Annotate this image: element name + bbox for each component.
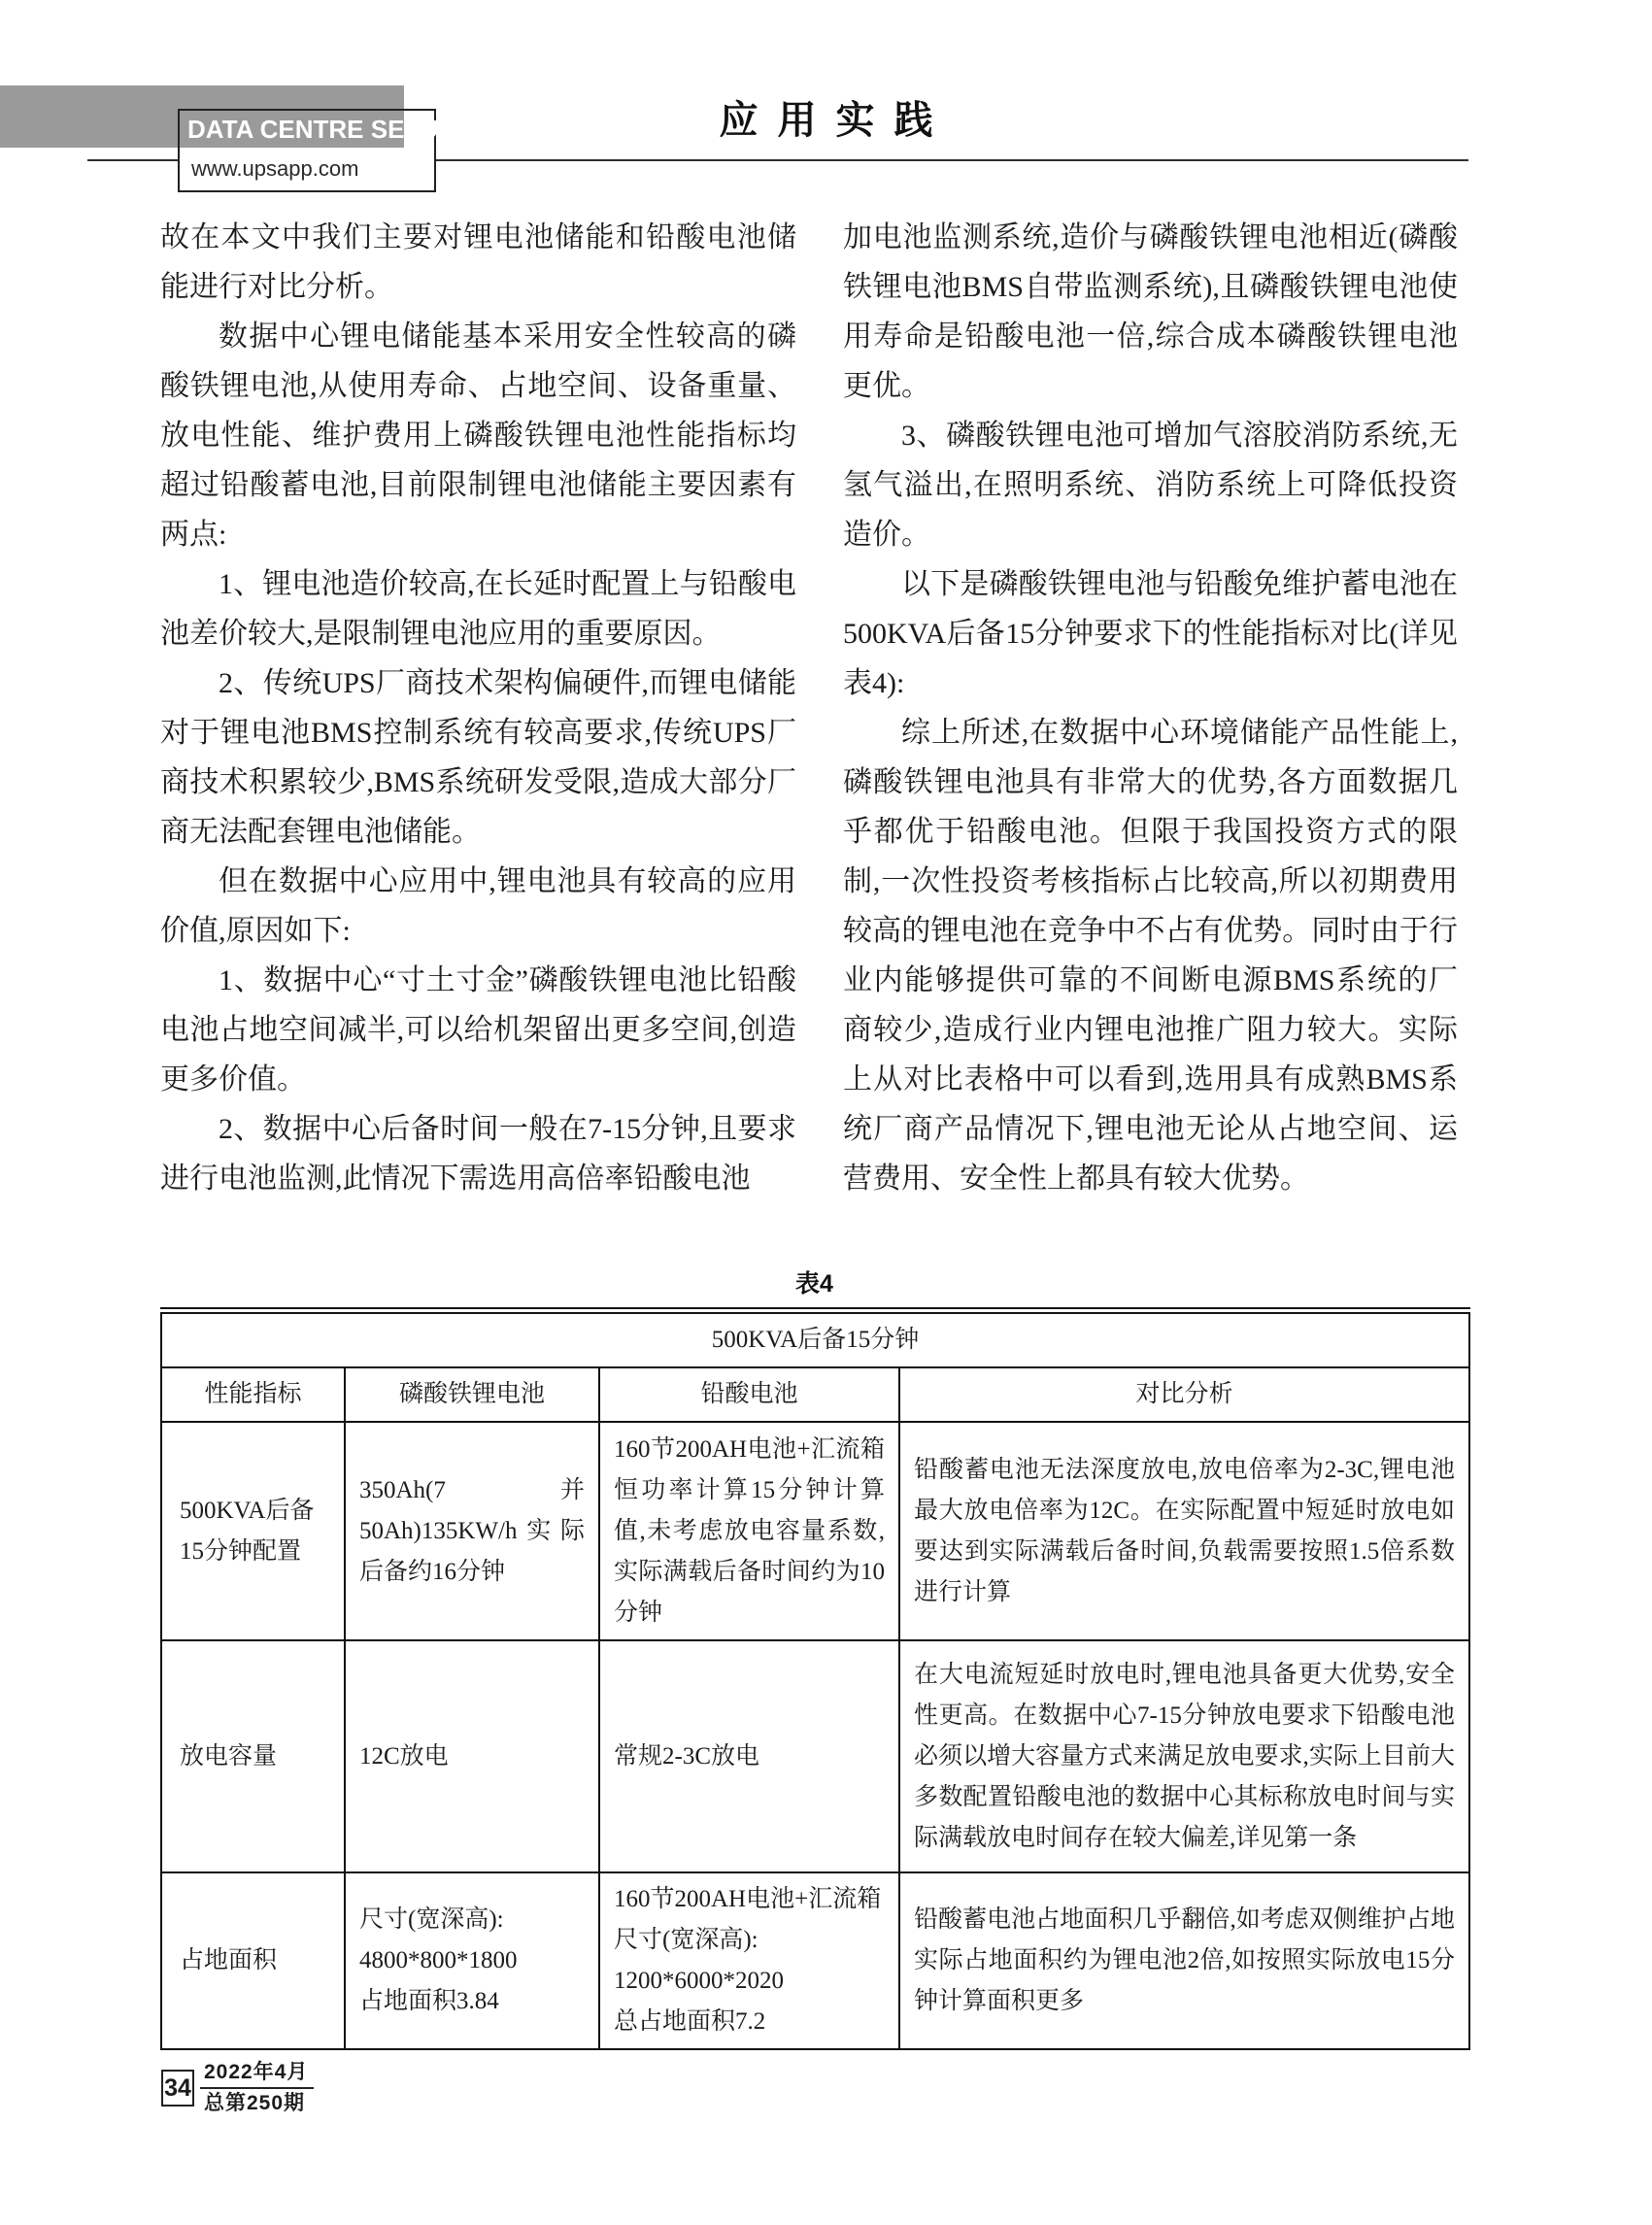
page-number-box: 34 — [161, 2070, 194, 2107]
column-header: 磷酸铁锂电池 — [345, 1367, 599, 1422]
issue-date: 2022年4月 — [200, 2061, 314, 2089]
paragraph: 3、磷酸铁锂电池可增加气溶胶消防系统,无氢气溢出,在照明系统、消防系统上可降低投… — [843, 411, 1458, 559]
table-cell-lithium: 350Ah(7并50Ah)135KW/h实际后备约16分钟 — [345, 1422, 599, 1640]
brand-logo-text: DATA CENTRE SETUP+ — [187, 115, 470, 145]
table-span-header-row: 500KVA后备15分钟 — [161, 1311, 1469, 1368]
table-row: 占地面积 尺寸(宽深高): 4800*800*1800 占地面积3.84 160… — [161, 1872, 1469, 2049]
paragraph: 数据中心锂电储能基本采用安全性较高的磷酸铁锂电池,从使用寿命、占地空间、设备重量… — [160, 312, 796, 559]
paragraph: 故在本文中我们主要对锂电池储能和铅酸电池储能进行对比分析。 — [160, 213, 796, 312]
magazine-page: DATA CENTRE SETUP+ www.upsapp.com 应用实践 故… — [0, 0, 1652, 2225]
table-cell-lithium: 尺寸(宽深高): 4800*800*1800 占地面积3.84 — [345, 1872, 599, 2049]
table-row: 500KVA后备15分钟配置 350Ah(7并50Ah)135KW/h实际后备约… — [161, 1422, 1469, 1640]
paragraph: 1、数据中心“寸土寸金”磷酸铁锂电池比铅酸电池占地空间减半,可以给机架留出更多空… — [160, 956, 796, 1104]
table-cell-analysis: 铅酸蓄电池占地面积几乎翻倍,如考虑双侧维护占地实际占地面积约为锂电池2倍,如按照… — [899, 1872, 1469, 2049]
website-row: www.upsapp.com — [180, 148, 434, 190]
table-cell-metric: 放电容量 — [161, 1640, 345, 1872]
paragraph: 以下是磷酸铁锂电池与铅酸免维护蓄电池在500KVA后备15分钟要求下的性能指标对… — [843, 559, 1458, 708]
table-cell-lead-acid: 常规2-3C放电 — [599, 1640, 899, 1872]
table-cell-analysis: 在大电流短延时放电时,锂电池具备更大优势,安全性更高。在数据中心7-15分钟放电… — [899, 1640, 1469, 1872]
right-column: 加电池监测系统,造价与磷酸铁锂电池相近(磷酸铁锂电池BMS自带监测系统),且磷酸… — [843, 213, 1458, 1203]
table-caption: 表4 — [160, 1264, 1468, 1307]
paragraph: 但在数据中心应用中,锂电池具有较高的应用价值,原因如下: — [160, 857, 796, 956]
column-header: 性能指标 — [161, 1367, 345, 1422]
table-cell-metric: 500KVA后备15分钟配置 — [161, 1422, 345, 1640]
table-row: 放电容量 12C放电 常规2-3C放电 在大电流短延时放电时,锂电池具备更大优势… — [161, 1640, 1469, 1872]
paragraph: 加电池监测系统,造价与磷酸铁锂电池相近(磷酸铁锂电池BMS自带监测系统),且磷酸… — [843, 213, 1458, 411]
column-header: 铅酸电池 — [599, 1367, 899, 1422]
issue-number: 总第250期 — [200, 2089, 314, 2115]
table-header-row: 性能指标 磷酸铁锂电池 铅酸电池 对比分析 — [161, 1367, 1469, 1422]
table-cell-lead-acid: 160节200AH电池+汇流箱 尺寸(宽深高): 1200*6000*2020 … — [599, 1872, 899, 2049]
issue-info: 2022年4月 总第250期 — [200, 2061, 314, 2115]
table-span-header: 500KVA后备15分钟 — [161, 1311, 1469, 1368]
column-header: 对比分析 — [899, 1367, 1469, 1422]
paragraph: 2、数据中心后备时间一般在7-15分钟,且要求进行电池监测,此情况下需选用高倍率… — [160, 1104, 796, 1203]
brand-row: DATA CENTRE SETUP+ — [180, 111, 434, 148]
table-cell-lithium: 12C放电 — [345, 1640, 599, 1872]
left-column: 故在本文中我们主要对锂电池储能和铅酸电池储能进行对比分析。 数据中心锂电储能基本… — [160, 213, 796, 1203]
paragraph: 综上所述,在数据中心环境储能产品性能上,磷酸铁锂电池具有非常大的优势,各方面数据… — [843, 708, 1458, 1203]
table-cell-metric: 占地面积 — [161, 1872, 345, 2049]
comparison-table: 500KVA后备15分钟 性能指标 磷酸铁锂电池 铅酸电池 对比分析 500KV… — [160, 1307, 1470, 2050]
table-section: 表4 500KVA后备15分钟 性能指标 磷酸铁锂电池 铅酸电池 对比分析 — [160, 1264, 1468, 2050]
page-footer: 34 2022年4月 总第250期 — [161, 2061, 314, 2115]
brand-box: DATA CENTRE SETUP+ www.upsapp.com — [178, 109, 436, 192]
paragraph: 1、锂电池造价较高,在长延时配置上与铅酸电池差价较大,是限制锂电池应用的重要原因… — [160, 559, 796, 658]
paragraph: 2、传统UPS厂商技术架构偏硬件,而锂电储能对于锂电池BMS控制系统有较高要求,… — [160, 658, 796, 857]
page-number: 34 — [164, 2074, 191, 2103]
website-url: www.upsapp.com — [191, 156, 358, 182]
table-cell-analysis: 铅酸蓄电池无法深度放电,放电倍率为2-3C,锂电池最大放电倍率为12C。在实际配… — [899, 1422, 1469, 1640]
table-cell-lead-acid: 160节200AH电池+汇流箱恒功率计算15分钟计算值,未考虑放电容量系数,实际… — [599, 1422, 899, 1640]
